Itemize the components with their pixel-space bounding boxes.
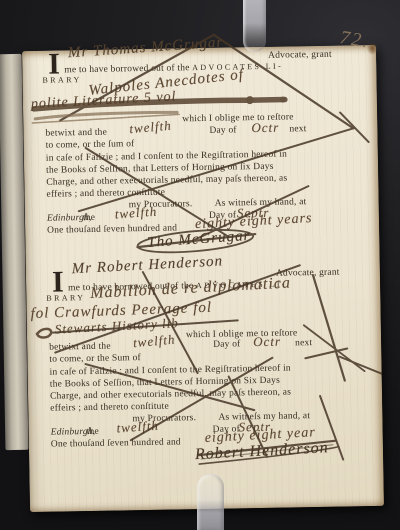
handwritten-sign-day: twelfth <box>116 418 159 437</box>
handwritten-due-day: twelfth <box>132 332 176 352</box>
printed-sum-line: to come, or the ſum of <box>46 139 135 151</box>
handwritten-due-month: Octr <box>251 120 279 136</box>
handwritten-book-line-1: Mabillon de re diplomatica <box>90 274 292 302</box>
retaining-strap-top <box>243 0 266 52</box>
printed-brary: BRARY <box>46 294 85 303</box>
printed-betwixt: betwixt and the <box>45 128 107 140</box>
handwritten-book-line-2: polite Literature 5 vol <box>31 89 177 113</box>
printed-effeirs-line: effeirs ; and thereto conſtitute <box>50 402 169 415</box>
handwritten-due-day: twelfth <box>129 118 173 138</box>
handwritten-due-month: Octr <box>253 334 281 350</box>
printed-advocate-grant: Advocate, grant <box>268 50 332 62</box>
printed-sum-line: to come, or the Sum of <box>49 353 141 365</box>
printed-day-of: Day of <box>209 125 237 136</box>
printed-effeirs-line: effeirs ; and thereto conſtitute <box>46 188 165 201</box>
dropcap-initial: I <box>48 50 60 77</box>
page-surface: 72. I Mr Thomas McGrugar Advocate, grant… <box>22 45 384 512</box>
printed-charge-line: Charge, and other executorials needful, … <box>46 174 287 189</box>
printed-brary: BRARY <box>42 76 81 85</box>
page-number: 72. <box>338 27 371 53</box>
retaining-strap-bottom <box>197 474 224 530</box>
printed-day-of: Day of <box>213 339 241 350</box>
borrower-name-handwritten: Mr Thomas McGrugar <box>67 34 223 62</box>
printed-thousand-line: One thouſand ſeven hundred and <box>51 437 181 450</box>
printed-the: the <box>83 213 95 224</box>
printed-the: the <box>87 427 99 438</box>
printed-next: next <box>289 124 306 135</box>
printed-next: next <box>295 338 312 349</box>
ledger-page: 72. I Mr Thomas McGrugar Advocate, grant… <box>22 45 384 512</box>
dropcap-initial: I <box>52 268 64 295</box>
printed-betwixt: betwixt and the <box>49 342 111 354</box>
book-photo: 72. I Mr Thomas McGrugar Advocate, grant… <box>0 0 400 530</box>
borrower-name-handwritten: Mr Robert Henderson <box>71 253 223 278</box>
printed-charge-line: Charge, and other executorials needful, … <box>50 387 291 402</box>
handwritten-sign-day: twelfth <box>114 204 157 223</box>
